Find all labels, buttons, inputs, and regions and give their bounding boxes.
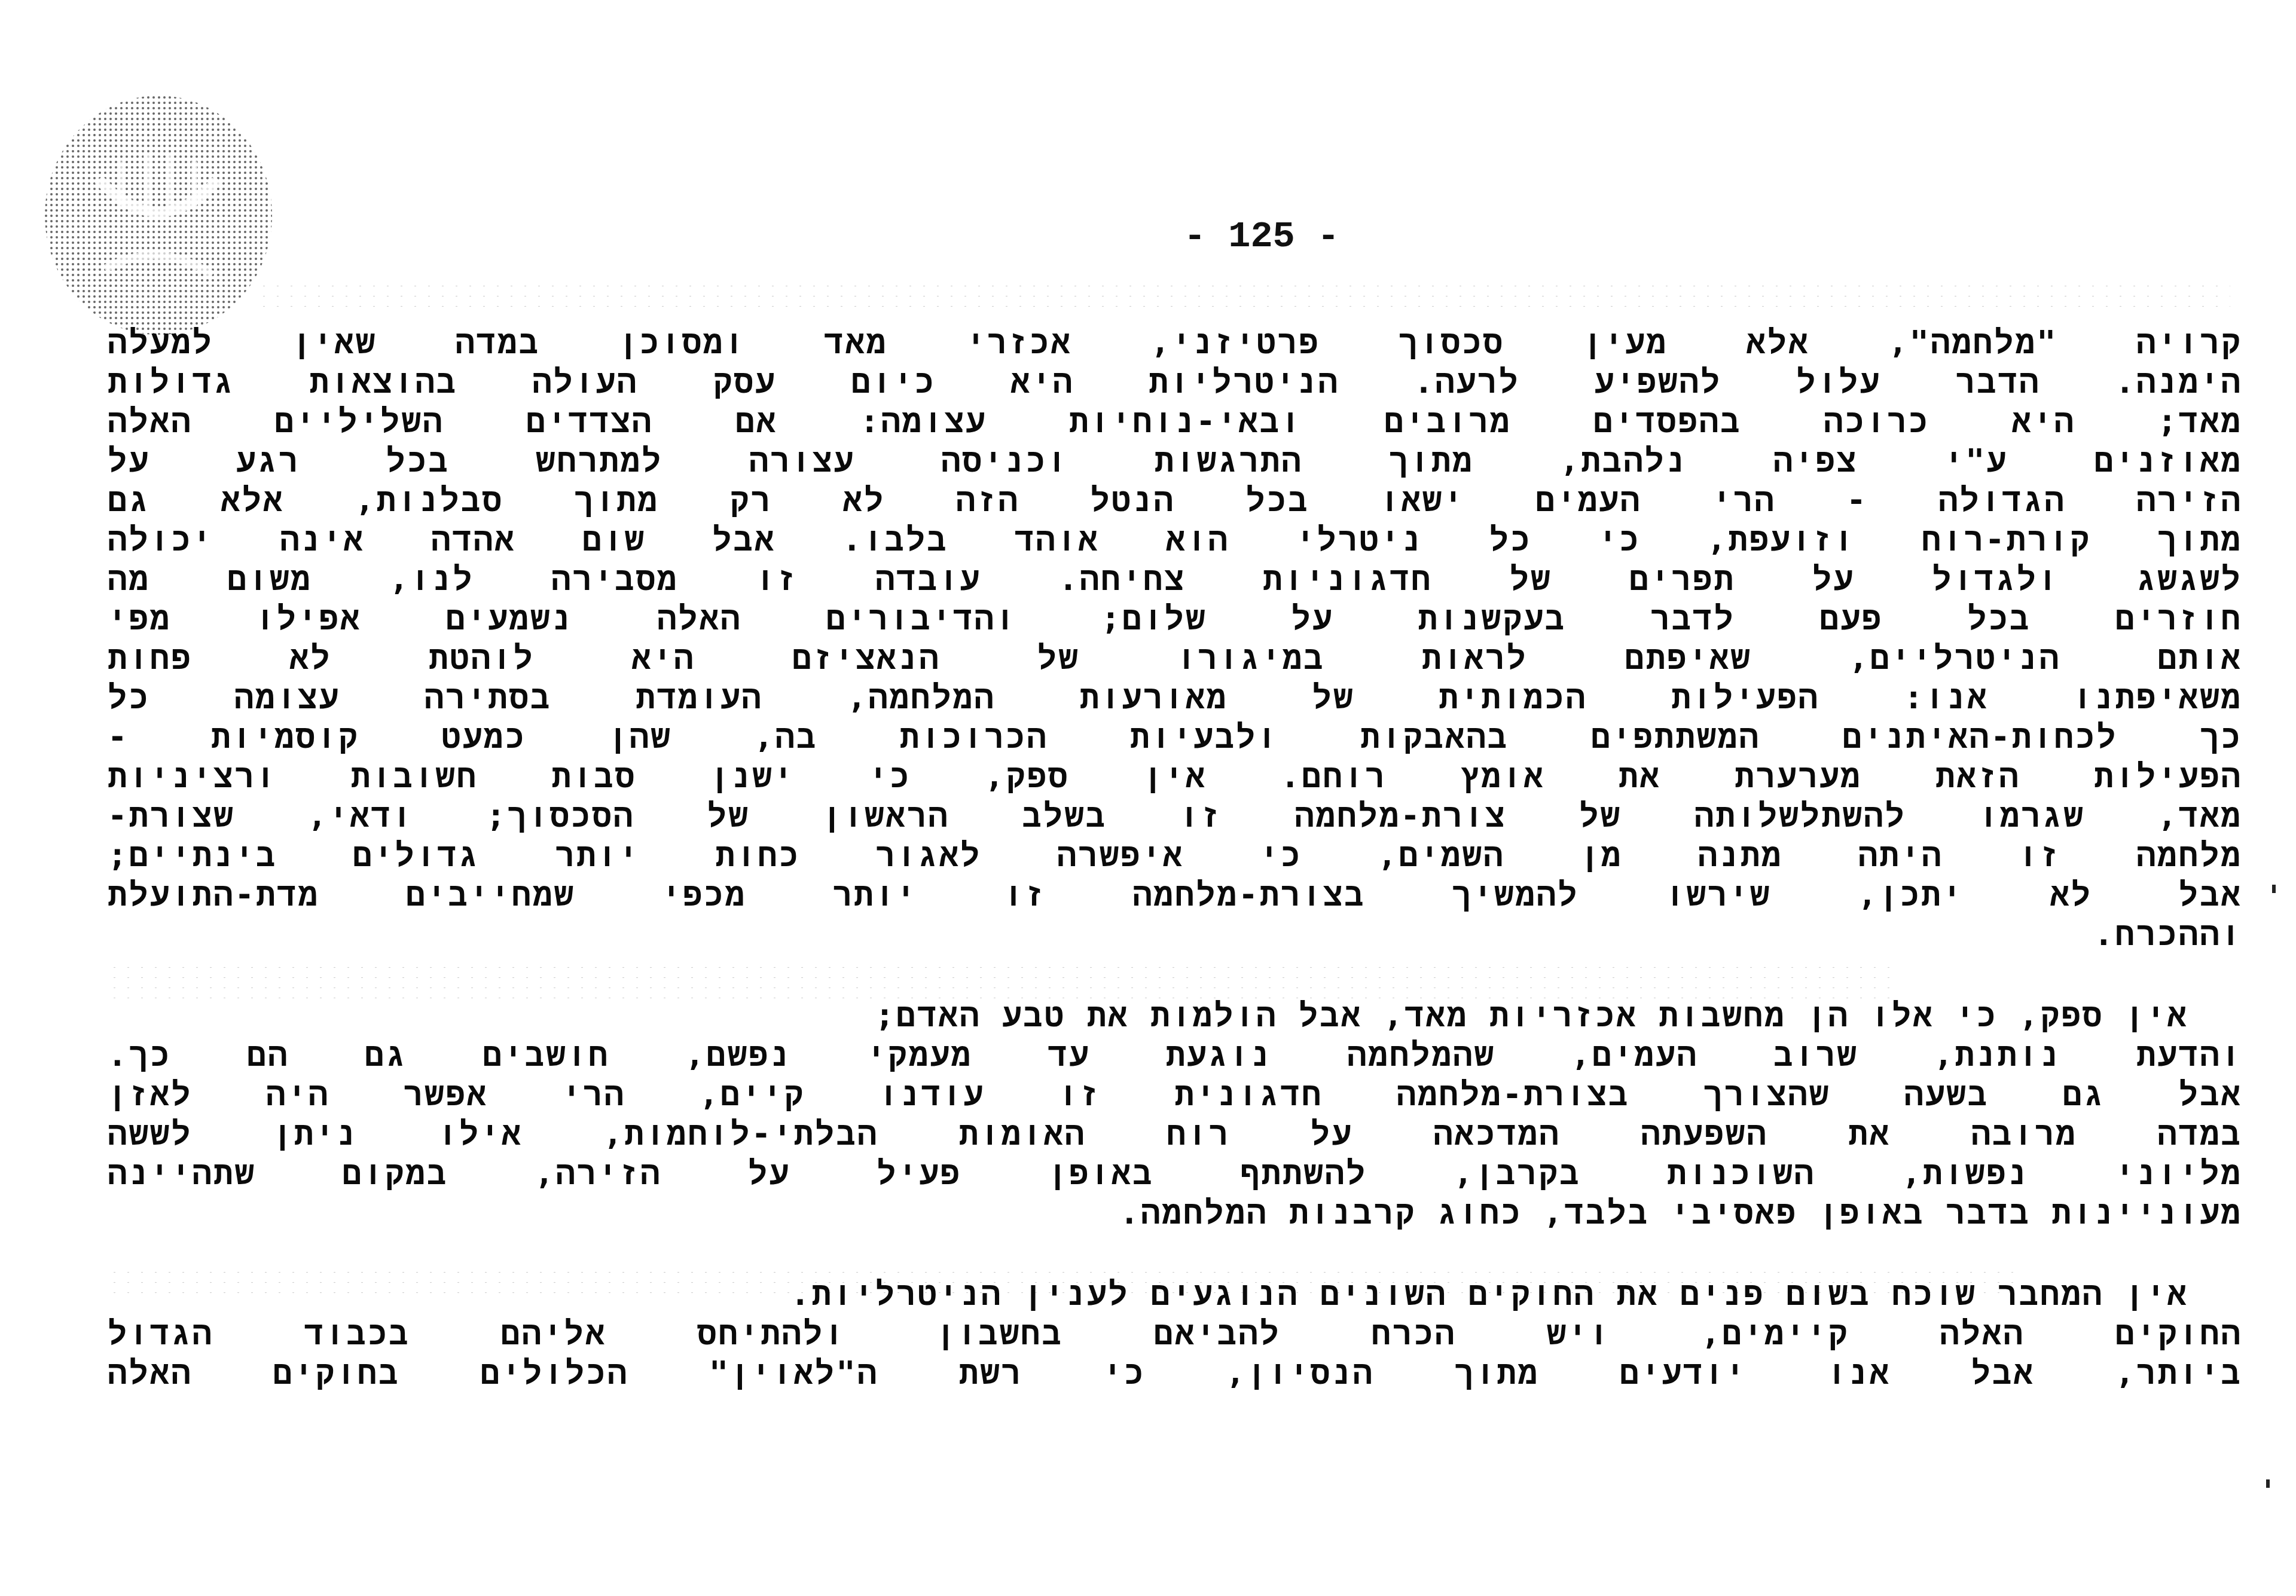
text-line: ביותר, אבל אנו יודעים מתוך הנסיון, כי רש… xyxy=(108,1353,2242,1393)
text-line: אותם הניטרליים, שאיפתם לראות במיגורו של … xyxy=(108,638,2242,678)
scan-noise xyxy=(257,281,2230,311)
text-line: אין ספק, כי אלו הן מחשבות אכזריות מאד, א… xyxy=(108,996,2242,1035)
text-line: מלחמה זו היתה מתנה מן השמים, כי איפשרה ל… xyxy=(108,836,2242,875)
text-line: קרויה "מלחמה", אלא מעין סכסוך פרטיזני, א… xyxy=(108,323,2242,362)
text-line: מאד, שגרמו להשתלשלותה של צורת-מלחמה זו ב… xyxy=(108,796,2242,836)
paragraph-3: אין המחבר שוכח בשום פנים את החוקים השוני… xyxy=(108,1274,2242,1393)
text-line: וההכרח. xyxy=(108,915,2242,954)
text-line: הפעילות הזאת מערערת את אומץ רוחם. אין ספ… xyxy=(108,757,2242,796)
text-line: כך לכחות-האיתנים המשתתפים בהאבקות ולבעיו… xyxy=(108,717,2242,757)
text-line: והדעת נותנת, שרוב העמים, שהמלחמה נוגעת ע… xyxy=(108,1035,2242,1075)
text-line: מליוני נפשות, השוכנות בקרבן, להשתתף באופ… xyxy=(108,1154,2242,1193)
page-number: - 125 - xyxy=(1172,215,1351,258)
paragraph-2: אין ספק, כי אלו הן מחשבות אכזריות מאד, א… xyxy=(108,996,2242,1233)
margin-mark xyxy=(2272,885,2276,893)
text-line: משאיפתנו אנו: הפעילות הכמותית של מאורעות… xyxy=(108,678,2242,717)
text-line: הזירה הגדולה - הרי העמים ישאו בכל הנטל ה… xyxy=(108,481,2242,520)
text-line: החוקים האלה קיימים, ויש הכרח להביאם בחשב… xyxy=(108,1314,2242,1353)
text-line: לשגשג ולגדול על תפרים של חדגוניות צחיחה.… xyxy=(108,559,2242,599)
text-line: מאד; היא כרוכה בהפסדים מרובים ובאי-נוחיו… xyxy=(108,402,2242,441)
text-line: אבל לא יתכן, שירשו להמשיך בצורת-מלחמה זו… xyxy=(108,875,2242,915)
text-line: מתוך קורת-רוח וזועפת, כי כל ניטרלי הוא א… xyxy=(108,520,2242,559)
text-line: מאוזנים ע"י צפיה נלהבת, מתוך התרגשות וכנ… xyxy=(108,441,2242,481)
document-body: קרויה "מלחמה", אלא מעין סכסוך פרטיזני, א… xyxy=(108,323,2242,1393)
margin-mark xyxy=(2266,1479,2270,1488)
text-line: אין המחבר שוכח בשום פנים את החוקים השוני… xyxy=(108,1274,2242,1314)
text-line: הימנה. הדבר עלול להשפיע לרעה. הניטרליות … xyxy=(108,362,2242,402)
text-line: מעוניינות בדבר באופן פאסיבי בלבד, כחוג ק… xyxy=(108,1193,2242,1233)
text-line: חוזרים בכל פעם לדבר בעקשנות על שלום; והד… xyxy=(108,599,2242,638)
text-line: במדה מרובה את השפעתה המדכאה על רוח האומו… xyxy=(108,1114,2242,1154)
paragraph-1: קרויה "מלחמה", אלא מעין סכסוך פרטיזני, א… xyxy=(108,323,2242,954)
text-line: אבל גם בשעה שהצורך בצורת-מלחמה חדגונית ז… xyxy=(108,1075,2242,1114)
